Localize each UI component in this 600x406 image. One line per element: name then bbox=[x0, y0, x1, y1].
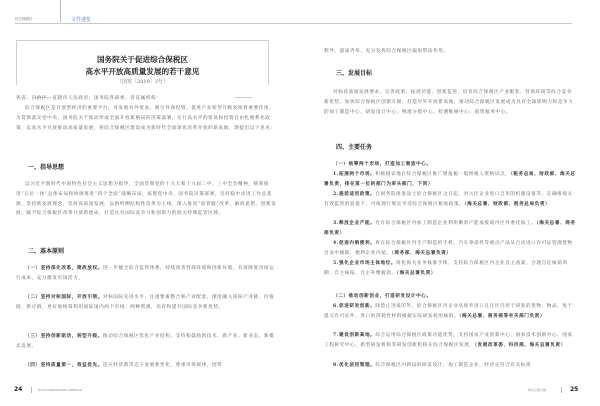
task-text: 允许综合保税区内加工制造企业利用剩余产能承接境内区外委托加工。 bbox=[375, 221, 536, 226]
footer-text: 海关总署文稿 bbox=[528, 388, 546, 392]
subsection-heading: （二）推动创新创业，打造研发设计中心。 bbox=[324, 292, 576, 302]
footer-divider bbox=[561, 387, 562, 393]
header-rule bbox=[15, 23, 300, 24]
addressee: 各省、自治区、直辖市人民政府，国务院各部委、各直属机构： bbox=[16, 94, 278, 104]
task-responsibility: （商务部、海关总署负责） bbox=[392, 251, 452, 256]
task-item: 4.促进内销便利。将在综合保税区内生产制造的手机、汽车零部件等重点产品从自动进口… bbox=[324, 239, 576, 259]
page-number: 24 bbox=[14, 386, 22, 393]
column-label: 文件速览 bbox=[71, 16, 91, 23]
task-title: 1.拓展两个市场。 bbox=[333, 172, 375, 177]
task-title: 6.促进研发创新。 bbox=[333, 304, 375, 309]
task-title: 4.促进内销便利。 bbox=[333, 241, 375, 246]
task-item: 2.提前适用政策。自国务院批准设立综合保税区之日起，对入区企业进口自用的机器设备… bbox=[324, 190, 576, 210]
principle-item: （四）坚持质量第一，效益优先。适应经济新常态下发展新变化，尊重市场规律，因势 bbox=[16, 361, 278, 371]
title-box: 国务院关于促进综合保税区 高水平开放高质量发展的若干意见 （国发〔2019〕3号… bbox=[16, 40, 269, 85]
task-responsibility: （发展改革委、科技部、海关总署负责） bbox=[475, 343, 566, 348]
task-title: 8.优化信用管理。 bbox=[333, 363, 375, 368]
header-rule bbox=[300, 23, 572, 24]
footer-divider bbox=[31, 387, 32, 393]
principle-item: （二）坚持对标国际，开放引领。对标国际先进水平，注重要素整合和产业配套，深度融入… bbox=[16, 293, 278, 313]
title-line-2: 高水平开放高质量发展的若干意见 bbox=[17, 66, 268, 77]
principle-item: （三）坚持创新驱动，转型升级。推动综合保税区优化产业结构，支持和鼓励新技术、新产… bbox=[16, 332, 278, 352]
principle-title: （一）坚持深化改革，简政放权。 bbox=[25, 266, 103, 271]
doc-number: （国发〔2019〕3号） bbox=[17, 78, 268, 85]
task-title: 2.提前适用政策。 bbox=[333, 192, 375, 197]
subsection-heading: （一）统筹两个市场，打造加工制造中心。 bbox=[324, 160, 576, 170]
task-text: 综合保税区内新设的研发设计、加工制造企业，经评定符合有关标准 bbox=[375, 363, 531, 368]
section-heading-principles: 二、基本原则 bbox=[28, 246, 64, 255]
section-goals-text: 对标高质量发展要求，完善政策，拓展功能，创新监管，培育综合保税区产业配套、营商环… bbox=[324, 88, 576, 117]
section-heading-tasks: 四、主要任务 bbox=[336, 142, 372, 151]
task-title: 7.建设创新高地。 bbox=[333, 333, 375, 338]
principle-title: （三）坚持创新驱动，转型升级。 bbox=[25, 334, 103, 339]
task-text: 积极稳妥地在综合保税区推广增值税一般纳税人资格试点。 bbox=[375, 172, 510, 177]
continuation-text: 利导，量质齐举，充分发挥综合保税区辐射带动作用。 bbox=[324, 47, 576, 57]
section-heading-goals: 三、发展目标 bbox=[336, 68, 372, 77]
left-page: 综合保税区 文件速览 国务院关于促进综合保税区 高水平开放高质量发展的若干意见 … bbox=[0, 0, 300, 406]
task-responsibility: （海关总署负责） bbox=[397, 271, 436, 276]
principle-item: （一）坚持深化改革，简政放权。进一步健全综合监管体系，持续改善营商环境和创新环境… bbox=[16, 264, 278, 284]
right-page: 利导，量质齐举，充分发挥综合保税区辐射带动作用。 三、发展目标 对标高质量发展要… bbox=[300, 0, 600, 406]
intro-paragraph: 综合保税区是开放型经济的重要平台，对发展对外贸易、吸引外商投资、促进产业转型升级… bbox=[16, 104, 278, 133]
task-item: 6.促进研发创新。除禁止进境的外，综合保税区内企业从境外进口且在区内用于研发的货… bbox=[324, 302, 576, 322]
task-title: 5.强化企业市场主体地位。 bbox=[333, 261, 396, 266]
header-divider bbox=[60, 0, 61, 22]
task-responsibility: （海关总署、财政部、税务总局负责） bbox=[464, 202, 550, 207]
title-line-1: 国务院关于促进综合保税区 bbox=[17, 54, 268, 65]
task-responsibility: （海关总署、商务部等有关部门负责） bbox=[459, 314, 545, 319]
page-number: 25 bbox=[570, 386, 578, 393]
footer-text: HAIGUANZONGSHU WENGAO bbox=[38, 388, 82, 392]
principle-title: （四）坚持质量第一，效益优先。 bbox=[25, 363, 103, 368]
task-item: 5.强化企业市场主体地位。简化海关业务核准手续，支持综合保税区内企业自主备案、合… bbox=[324, 259, 576, 279]
section-guiding-text: 以习近平新时代中国特色社会主义思想为指导，全面贯彻党的十九大和十九届二中、三中全… bbox=[16, 180, 278, 219]
task-item: 1.拓展两个市场。积极稳妥地在综合保税区推广增值税一般纳税人资格试点。（税务总局… bbox=[324, 170, 576, 190]
task-item: 8.优化信用管理。综合保税区内新设的研发设计、加工制造企业，经评定符合有关标准 bbox=[324, 361, 576, 371]
magazine-name: 综合保税区 bbox=[15, 17, 33, 22]
principle-title: （二）坚持对标国际，开放引领。 bbox=[25, 295, 103, 300]
task-item: 3.释放企业产能。允许综合保税区内加工制造企业利用剩余产能承接境内区外委托加工。… bbox=[324, 219, 576, 239]
section-heading-guiding: 一、指导思想 bbox=[28, 162, 64, 171]
task-item: 7.建设创新高地。综合运用综合保税区政策功能优势，支持国家产业创新中心、国家技术… bbox=[324, 331, 576, 351]
task-title: 3.释放企业产能。 bbox=[333, 221, 375, 226]
principle-text: 适应经济新常态下发展新变化，尊重市场规律，因势 bbox=[103, 363, 222, 368]
